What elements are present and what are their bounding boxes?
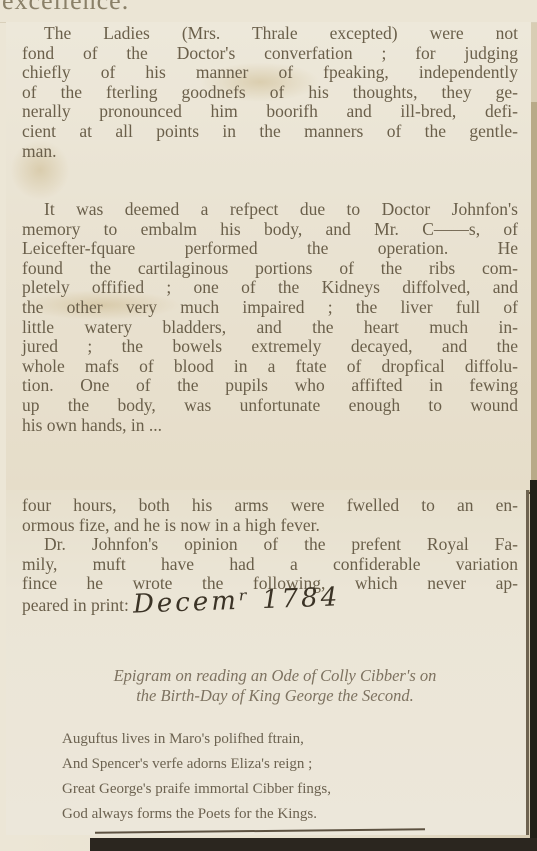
dark-edge-right: [530, 480, 537, 851]
text-line: nerally pronounced him boorifh and ill-b…: [22, 102, 518, 122]
text-line: mily, muft have had a confiderable varia…: [22, 555, 518, 575]
text-line: whole mafs of blood in a ftate of dropfi…: [22, 357, 518, 377]
text-line-cut-off: his own hands, in ...: [22, 416, 518, 436]
text-line: man.: [22, 142, 518, 162]
text-line: Dr. Johnfon's opinion of the prefent Roy…: [22, 535, 518, 555]
text-line: jured ; the bowels extremely decayed, an…: [22, 337, 518, 357]
epigram-title: Epigram on reading an Ode of Colly Cibbe…: [40, 666, 510, 706]
text-line: It was deemed a refpect due to Doctor Jo…: [22, 200, 518, 220]
text-line: peared in print: Decemʳ 1784: [22, 594, 518, 616]
printed-text: peared in print:: [22, 595, 129, 615]
verse-line: Great George's praife immortal Cibber fi…: [62, 777, 462, 802]
verse-line: Auguftus lives in Maro's polifhed ftrain…: [62, 727, 462, 752]
text-line: chiefly of his manner of fpeaking, indep…: [22, 63, 518, 83]
epigram-title-line: Epigram on reading an Ode of Colly Cibbe…: [40, 666, 510, 686]
epigram-verses: Auguftus lives in Maro's polifhed ftrain…: [62, 727, 462, 827]
verse-line: And Spencer's verfe adorns Eliza's reign…: [62, 752, 462, 777]
text-line: The Ladies (Mrs. Thrale excepted) were n…: [22, 24, 518, 44]
text-line: tion. One of the pupils who affifted in …: [22, 376, 518, 396]
handwritten-date-annotation: Decemʳ 1784: [133, 588, 341, 615]
text-line: Leicefter-fquare performed the operation…: [22, 239, 518, 259]
text-line: four hours, both his arms were fwelled t…: [22, 496, 518, 516]
epigram-title-line: the Birth-Day of King George the Second.: [40, 686, 510, 706]
text-line: of the fterling goodnefs of his thoughts…: [22, 83, 518, 103]
text-line: found the cartilaginous portions of the …: [22, 259, 518, 279]
dark-edge-bottom: [90, 838, 537, 851]
text-line: ormous fize, and he is now in a high fev…: [22, 516, 518, 536]
previous-text-fragment: excellence.: [2, 0, 129, 16]
paragraph-embalming: It was deemed a refpect due to Doctor Jo…: [22, 200, 518, 435]
text-line: memory to embalm his body, and Mr. C——s,…: [22, 220, 518, 240]
verse-line: God always forms the Poets for the Kings…: [62, 802, 462, 827]
text-line: cient at all points in the manners of th…: [22, 122, 518, 142]
paragraph-ladies: The Ladies (Mrs. Thrale excepted) were n…: [22, 24, 518, 161]
lower-clipping-text: four hours, both his arms were fwelled t…: [22, 496, 518, 616]
text-line: little watery bladders, and the heart mu…: [22, 318, 518, 338]
text-line: fond of the Doctor's converfation ; for …: [22, 44, 518, 64]
text-line: the other very much impaired ; the liver…: [22, 298, 518, 318]
previous-clipping-strip: excellence.: [0, 0, 537, 23]
text-line: pletely offified ; one of the Kidneys di…: [22, 278, 518, 298]
text-line: up the body, was unfortunate enough to w…: [22, 396, 518, 416]
